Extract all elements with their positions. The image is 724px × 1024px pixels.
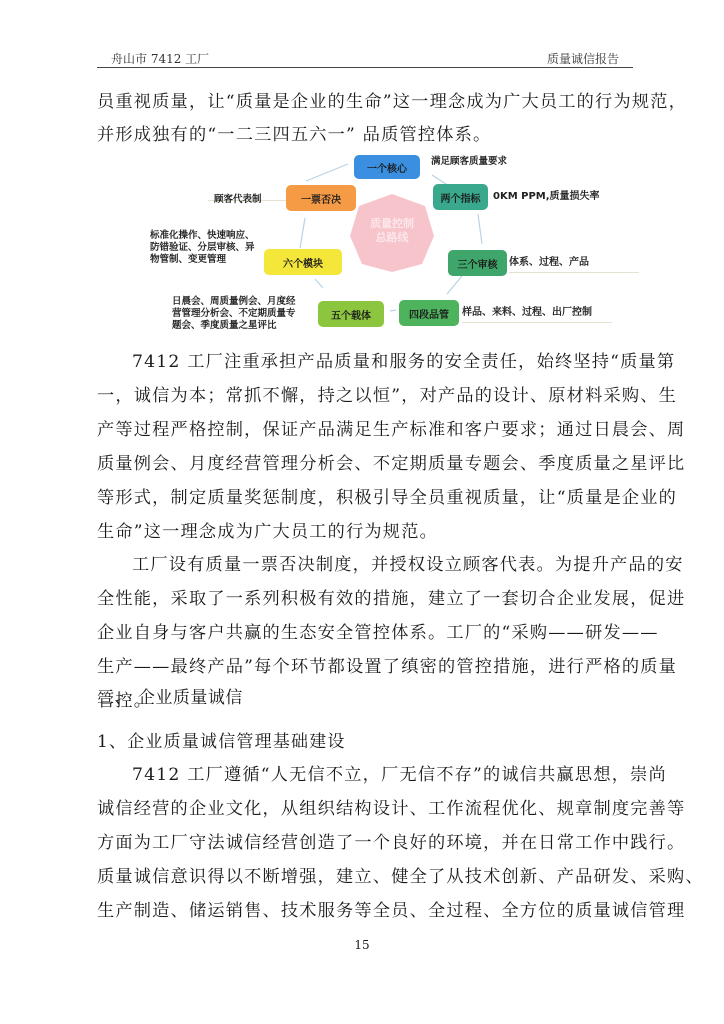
- center-label: 质量控制 总路线: [350, 217, 434, 245]
- note-four-stages: 样品、来料、过程、出厂控制: [462, 307, 592, 319]
- page-number: 15: [0, 938, 724, 952]
- body-line: 一，诚信为本；常抓不懈，持之以恒”，对产品的设计、原材料采购、生: [97, 384, 633, 408]
- header-rule: [97, 67, 633, 68]
- note-two-indicators: 0KM PPM,质量损失率: [493, 191, 600, 203]
- body-line: 生产制造、储运销售、技术服务等全员、全过程、全方位的质量诚信管理: [97, 899, 633, 923]
- header-company: 舟山市 7412 工厂: [111, 50, 209, 67]
- node-three-audits: 三个审核: [448, 250, 507, 276]
- note-three-audits: 体系、过程、产品: [509, 257, 589, 269]
- body-line: 生产——最终产品”每个环节都设置了缜密的管控措施，进行严格的质量: [97, 655, 633, 679]
- subsection-heading: 1、企业质量诚信管理基础建设: [97, 730, 633, 754]
- body-line: 并形成独有的“一二三四五六一” 品质管控体系。: [97, 123, 633, 147]
- node-five-carriers: 五个载体: [318, 301, 384, 327]
- body-line: 工厂设有质量一票否决制度，并授权设立顾客代表。为提升产品的安: [97, 553, 633, 577]
- note-six-modules: 标准化操作、快速响应、 防错验证、分层审核、异 物管制、变更管理: [150, 230, 255, 266]
- body-line: 全性能，采取了一系列积极有效的措施，建立了一套切合企业发展，促进: [97, 587, 633, 611]
- body-line: 产等过程严格控制，保证产品满足生产标准和客户要求；通过日晨会、周: [97, 418, 633, 442]
- body-line: 等形式，制定质量奖惩制度，积极引导全员重视质量，让“质量是企业的: [97, 486, 633, 510]
- quality-control-diagram: 质量控制 总路线 一个核心 满足顾客质量要求 两个指标 0KM PPM,质量损失…: [140, 148, 640, 344]
- node-one-veto: 一票否决: [286, 185, 356, 211]
- note-one-core: 满足顾客质量要求: [431, 156, 507, 168]
- body-line: 员重视质量，让“质量是企业的生命”这一理念成为广大员工的行为规范，: [97, 90, 633, 114]
- note-one-veto: 顾客代表制: [214, 194, 262, 206]
- body-line: 生命”这一理念成为广大员工的行为规范。: [97, 520, 633, 544]
- body-line: 7412 工厂遵循“人无信不立，厂无信不存”的诚信共赢思想，崇尚: [97, 763, 633, 787]
- body-line: 质量例会、月度经营管理分析会、不定期质量专题会、季度质量之星评比: [97, 452, 633, 476]
- header-report-title: 质量诚信报告: [547, 50, 619, 67]
- body-line: 诚信经营的企业文化，从组织结构设计、工作流程优化、规章制度完善等: [97, 797, 633, 821]
- section-heading: 三、 企业质量诚信: [97, 686, 633, 710]
- node-four-stages: 四段品管: [399, 300, 459, 326]
- note-five-carriers: 日晨会、周质量例会、月度经 营管理分析会、不定期质量专 题会、季度质量之星评比: [172, 296, 296, 332]
- body-line: 方面为工厂守法诚信经营创造了一个良好的环境，并在日常工作中践行。: [97, 831, 633, 855]
- node-two-indicators: 两个指标: [433, 184, 488, 210]
- body-line: 质量诚信意识得以不断增强，建立、健全了从技术创新、产品研发、采购、: [97, 865, 633, 889]
- node-six-modules: 六个模块: [264, 249, 342, 275]
- body-line: 7412 工厂注重承担产品质量和服务的安全责任，始终坚持“质量第: [97, 350, 633, 374]
- body-line: 企业自身与客户共赢的生态安全管控体系。工厂的“采购——研发——: [97, 621, 633, 645]
- node-one-core: 一个核心: [354, 155, 420, 179]
